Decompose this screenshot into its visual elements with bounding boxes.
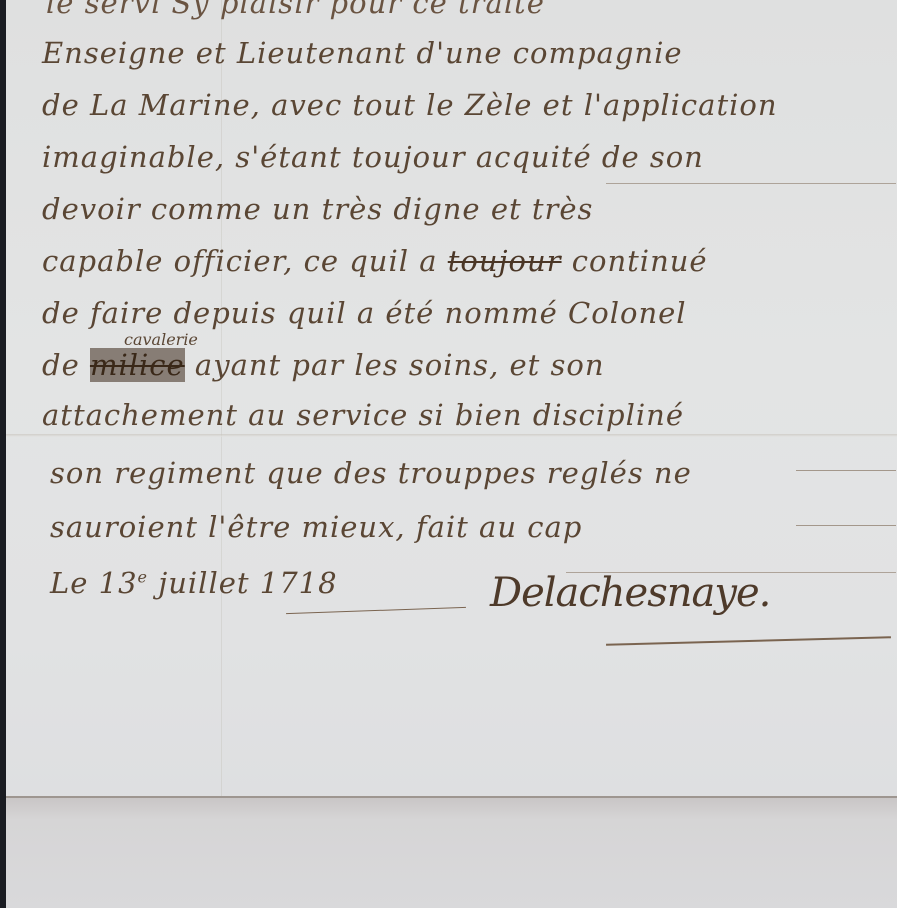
signature-overline: [566, 572, 896, 573]
letter-page: le servi Sy plaisir pour ce traité Ensei…: [6, 0, 897, 908]
inserted-word: cavalerie: [124, 330, 198, 349]
paper-fold-crease: [6, 434, 897, 437]
text-line: de milice ayant par les soins, et son: [42, 348, 605, 382]
signature-flourish: [606, 636, 891, 645]
blotted-word: milice: [90, 348, 185, 382]
line-text: capable officier, ce quil a: [42, 244, 438, 278]
text-line: devoir comme un très digne et très: [42, 192, 593, 226]
date-line: Le 13e juillet 1718: [50, 566, 338, 600]
line-text-after: continué: [572, 244, 708, 278]
ruled-line: [796, 525, 896, 526]
text-line: capable officier, ce quil a toujour cont…: [42, 244, 708, 278]
date-ordinal: e: [138, 567, 148, 586]
folded-flap: [6, 796, 897, 908]
text-line: attachement au service si bien disciplin…: [42, 398, 684, 432]
struck-word: toujour: [448, 244, 562, 278]
text-line: sauroient l'être mieux, fait au cap: [50, 510, 582, 544]
text-line: son regiment que des trouppes reglés ne: [50, 456, 692, 490]
date-year: 1718: [260, 566, 338, 600]
text-line: de La Marine, avec tout le Zèle et l'app…: [42, 88, 778, 122]
text-line: imaginable, s'étant toujour acquité de s…: [42, 140, 704, 174]
line-text-after: ayant par les soins, et son: [195, 348, 605, 382]
date-prefix: Le 13: [50, 566, 138, 600]
text-line: de faire depuis quil a été nommé Colonel: [42, 296, 687, 330]
date-month: juillet: [158, 566, 249, 600]
date-underline: [286, 607, 466, 614]
ruled-line: [606, 183, 896, 184]
text-line-partial: le servi Sy plaisir pour ce traité: [46, 0, 545, 20]
line-text: de: [42, 348, 80, 382]
ruled-line: [796, 470, 896, 471]
text-line: Enseigne et Lieutenant d'une compagnie: [42, 36, 683, 70]
signature: Delachesnaye.: [490, 570, 770, 616]
